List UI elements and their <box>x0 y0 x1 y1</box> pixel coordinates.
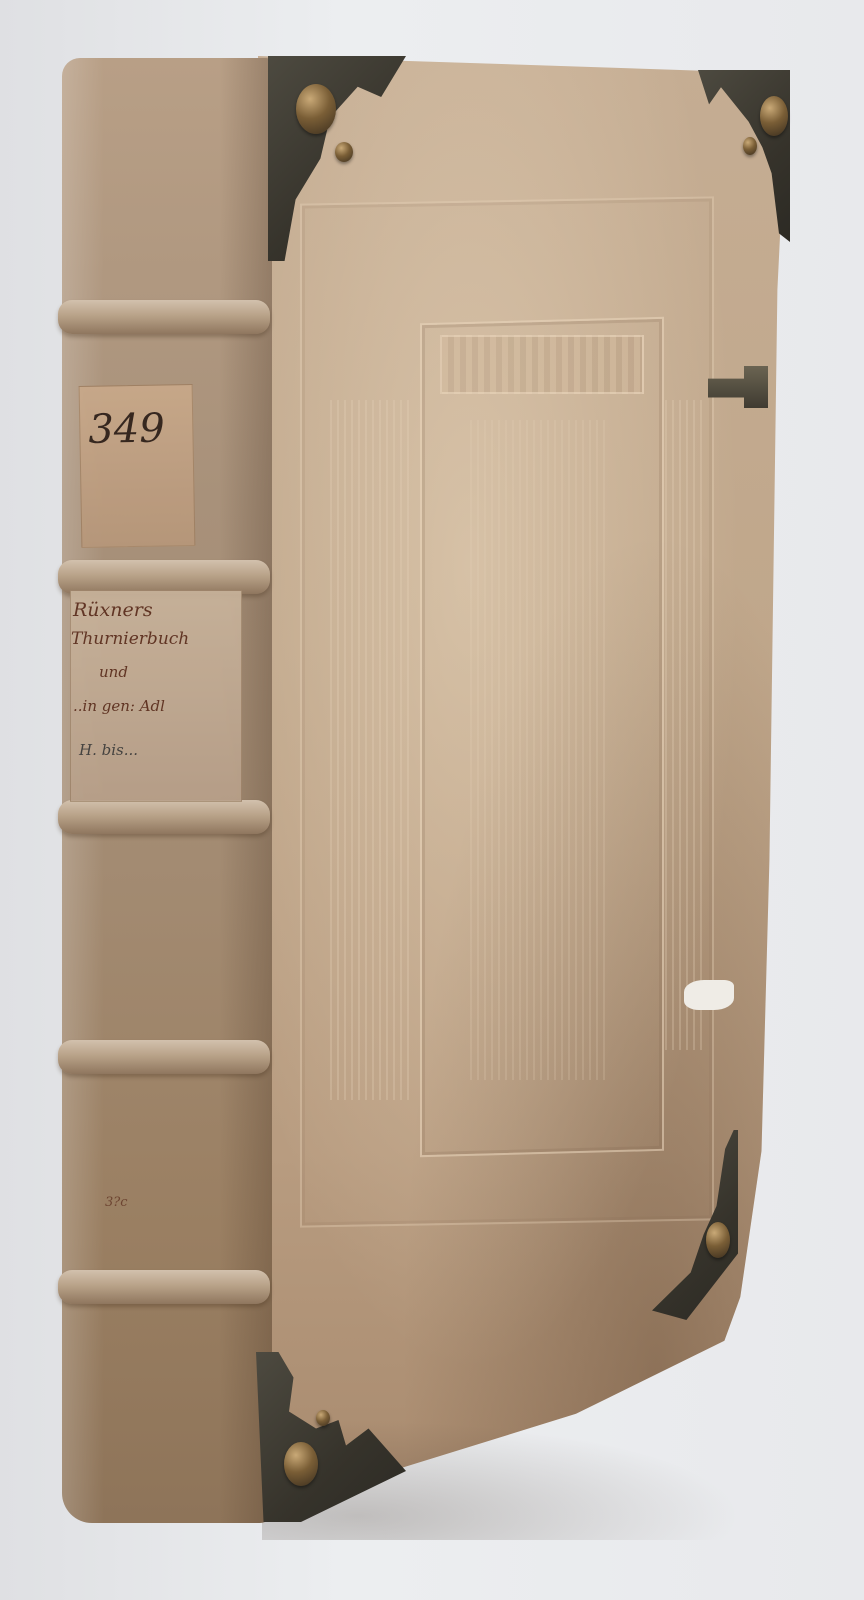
cover-tear <box>684 980 734 1010</box>
title-cartouche <box>440 335 644 394</box>
raised-band <box>58 1040 270 1074</box>
title-line-1: Rüxners <box>73 599 153 621</box>
raised-band <box>58 560 270 594</box>
brass-boss <box>706 1222 730 1258</box>
brass-boss <box>284 1442 318 1486</box>
brass-boss-small <box>743 137 757 155</box>
title-line-2: Thurnierbuch <box>71 629 189 649</box>
brass-boss-small <box>335 142 353 162</box>
tooled-roll-right <box>665 400 705 1050</box>
shelf-number: 349 <box>88 406 165 453</box>
spine-label-title: Rüxners Thurnierbuch und ..in gen: Adl H… <box>70 590 242 802</box>
book: 349 Rüxners Thurnierbuch und ..in gen: A… <box>0 0 864 1600</box>
title-line-3: und <box>99 663 128 681</box>
tooled-roll-left <box>330 400 410 1100</box>
brass-boss <box>760 96 788 136</box>
title-line-5: H. bis... <box>79 741 138 759</box>
brass-boss <box>296 84 336 134</box>
title-line-4: ..in gen: Adl <box>73 697 165 715</box>
raised-band <box>58 1270 270 1304</box>
spine-label-number: 349 <box>79 384 196 548</box>
raised-band <box>58 800 270 834</box>
spine-tail-mark: 3?c <box>105 1195 128 1210</box>
tooled-roll-center <box>470 420 610 1080</box>
raised-band <box>58 300 270 334</box>
brass-boss-small <box>316 1410 330 1426</box>
